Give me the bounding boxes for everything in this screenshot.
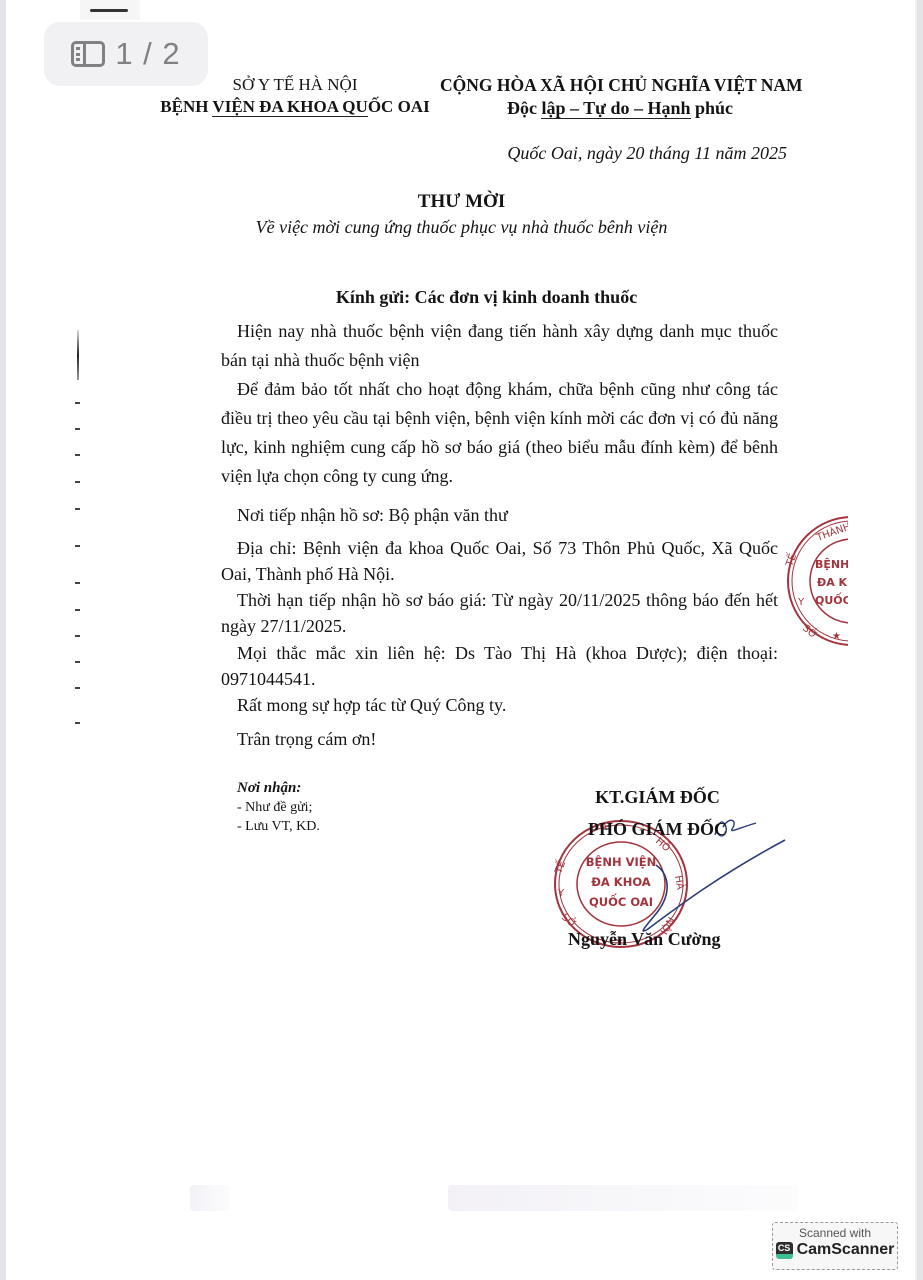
issuer-hospital: BỆNH VIỆN ĐA KHOA QUỐC OAI bbox=[160, 96, 430, 118]
partial-stamp: THÀNH TẾ Y SỞ ★ BỆNH V ĐA KH QUỐC bbox=[780, 515, 850, 650]
page-indicator-text: 1 / 2 bbox=[115, 36, 180, 72]
closing-thanks: Trân trọng cám ơn! bbox=[221, 726, 778, 752]
svg-text:THÀNH: THÀNH bbox=[814, 519, 850, 544]
svg-text:ĐA KH: ĐA KH bbox=[817, 576, 850, 589]
paragraph: Để đảm bảo tốt nhất cho hoạt động khám, … bbox=[221, 375, 778, 491]
recipients-heading: Nơi nhận: bbox=[237, 779, 320, 798]
camscanner-watermark: Scanned with CS CamScanner bbox=[772, 1222, 898, 1270]
recipient-item: - Lưu VT, KD. bbox=[237, 817, 320, 836]
addressee: Kính gửi: Các đơn vị kinh doanh thuốc bbox=[0, 287, 923, 308]
paragraph: Hiện nay nhà thuốc bệnh viện đang tiến h… bbox=[221, 317, 778, 375]
letter-body: Hiện nay nhà thuốc bệnh viện đang tiến h… bbox=[221, 317, 778, 491]
recipient-item: - Như đề gửi; bbox=[237, 798, 320, 817]
document-title: THƯ MỜI bbox=[0, 191, 923, 213]
national-header: CỘNG HÒA XÃ HỘI CHỦ NGHĨA VIỆT NAM Độc l… bbox=[440, 74, 800, 120]
watermark-brand: CamScanner bbox=[797, 1241, 895, 1259]
svg-text:BỆNH V: BỆNH V bbox=[815, 558, 850, 571]
deadline: Thời hạn tiếp nhận hồ sơ báo giá: Từ ngà… bbox=[221, 587, 778, 639]
svg-text:★: ★ bbox=[832, 631, 841, 642]
receiving-place: Nơi tiếp nhận hồ sơ: Bộ phận văn thư bbox=[221, 502, 778, 528]
closing-hope: Rất mong sự hợp tác từ Quý Công ty. bbox=[221, 692, 778, 718]
document-date: Quốc Oai, ngày 20 tháng 11 năm 2025 bbox=[507, 143, 787, 164]
previous-page-edge bbox=[80, 0, 140, 20]
svg-text:TẾ: TẾ bbox=[781, 551, 799, 569]
document-subject: Về việc mời cung ứng thuốc phục vụ nhà t… bbox=[0, 217, 923, 238]
camscanner-logo-icon: CS bbox=[776, 1242, 793, 1259]
svg-text:Y: Y bbox=[797, 597, 805, 608]
svg-text:QUỐC: QUỐC bbox=[815, 592, 850, 607]
contact: Mọi thắc mắc xin liên hệ: Ds Tào Thị Hà … bbox=[221, 640, 778, 692]
bleed-through-text bbox=[190, 1185, 230, 1211]
watermark-caption: Scanned with bbox=[773, 1226, 897, 1240]
issuer-header: SỞ Y TẾ HÀ NỘI BỆNH VIỆN ĐA KHOA QUỐC OA… bbox=[160, 74, 430, 118]
national-title: CỘNG HÒA XÃ HỘI CHỦ NGHĨA VIỆT NAM bbox=[440, 74, 800, 96]
bleed-through-text bbox=[448, 1185, 798, 1211]
signature-position: PHÓ GIÁM ĐỐC bbox=[560, 817, 755, 841]
recipients-list: Nơi nhận: - Như đề gửi; - Lưu VT, KD. bbox=[237, 779, 320, 836]
address: Địa chỉ: Bệnh viện đa khoa Quốc Oai, Số … bbox=[221, 535, 778, 587]
sidebar-panel-icon bbox=[71, 41, 105, 67]
national-motto: Độc lập – Tự do – Hạnh phúc bbox=[440, 96, 800, 120]
issuer-department: SỞ Y TẾ HÀ NỘI bbox=[160, 74, 430, 96]
